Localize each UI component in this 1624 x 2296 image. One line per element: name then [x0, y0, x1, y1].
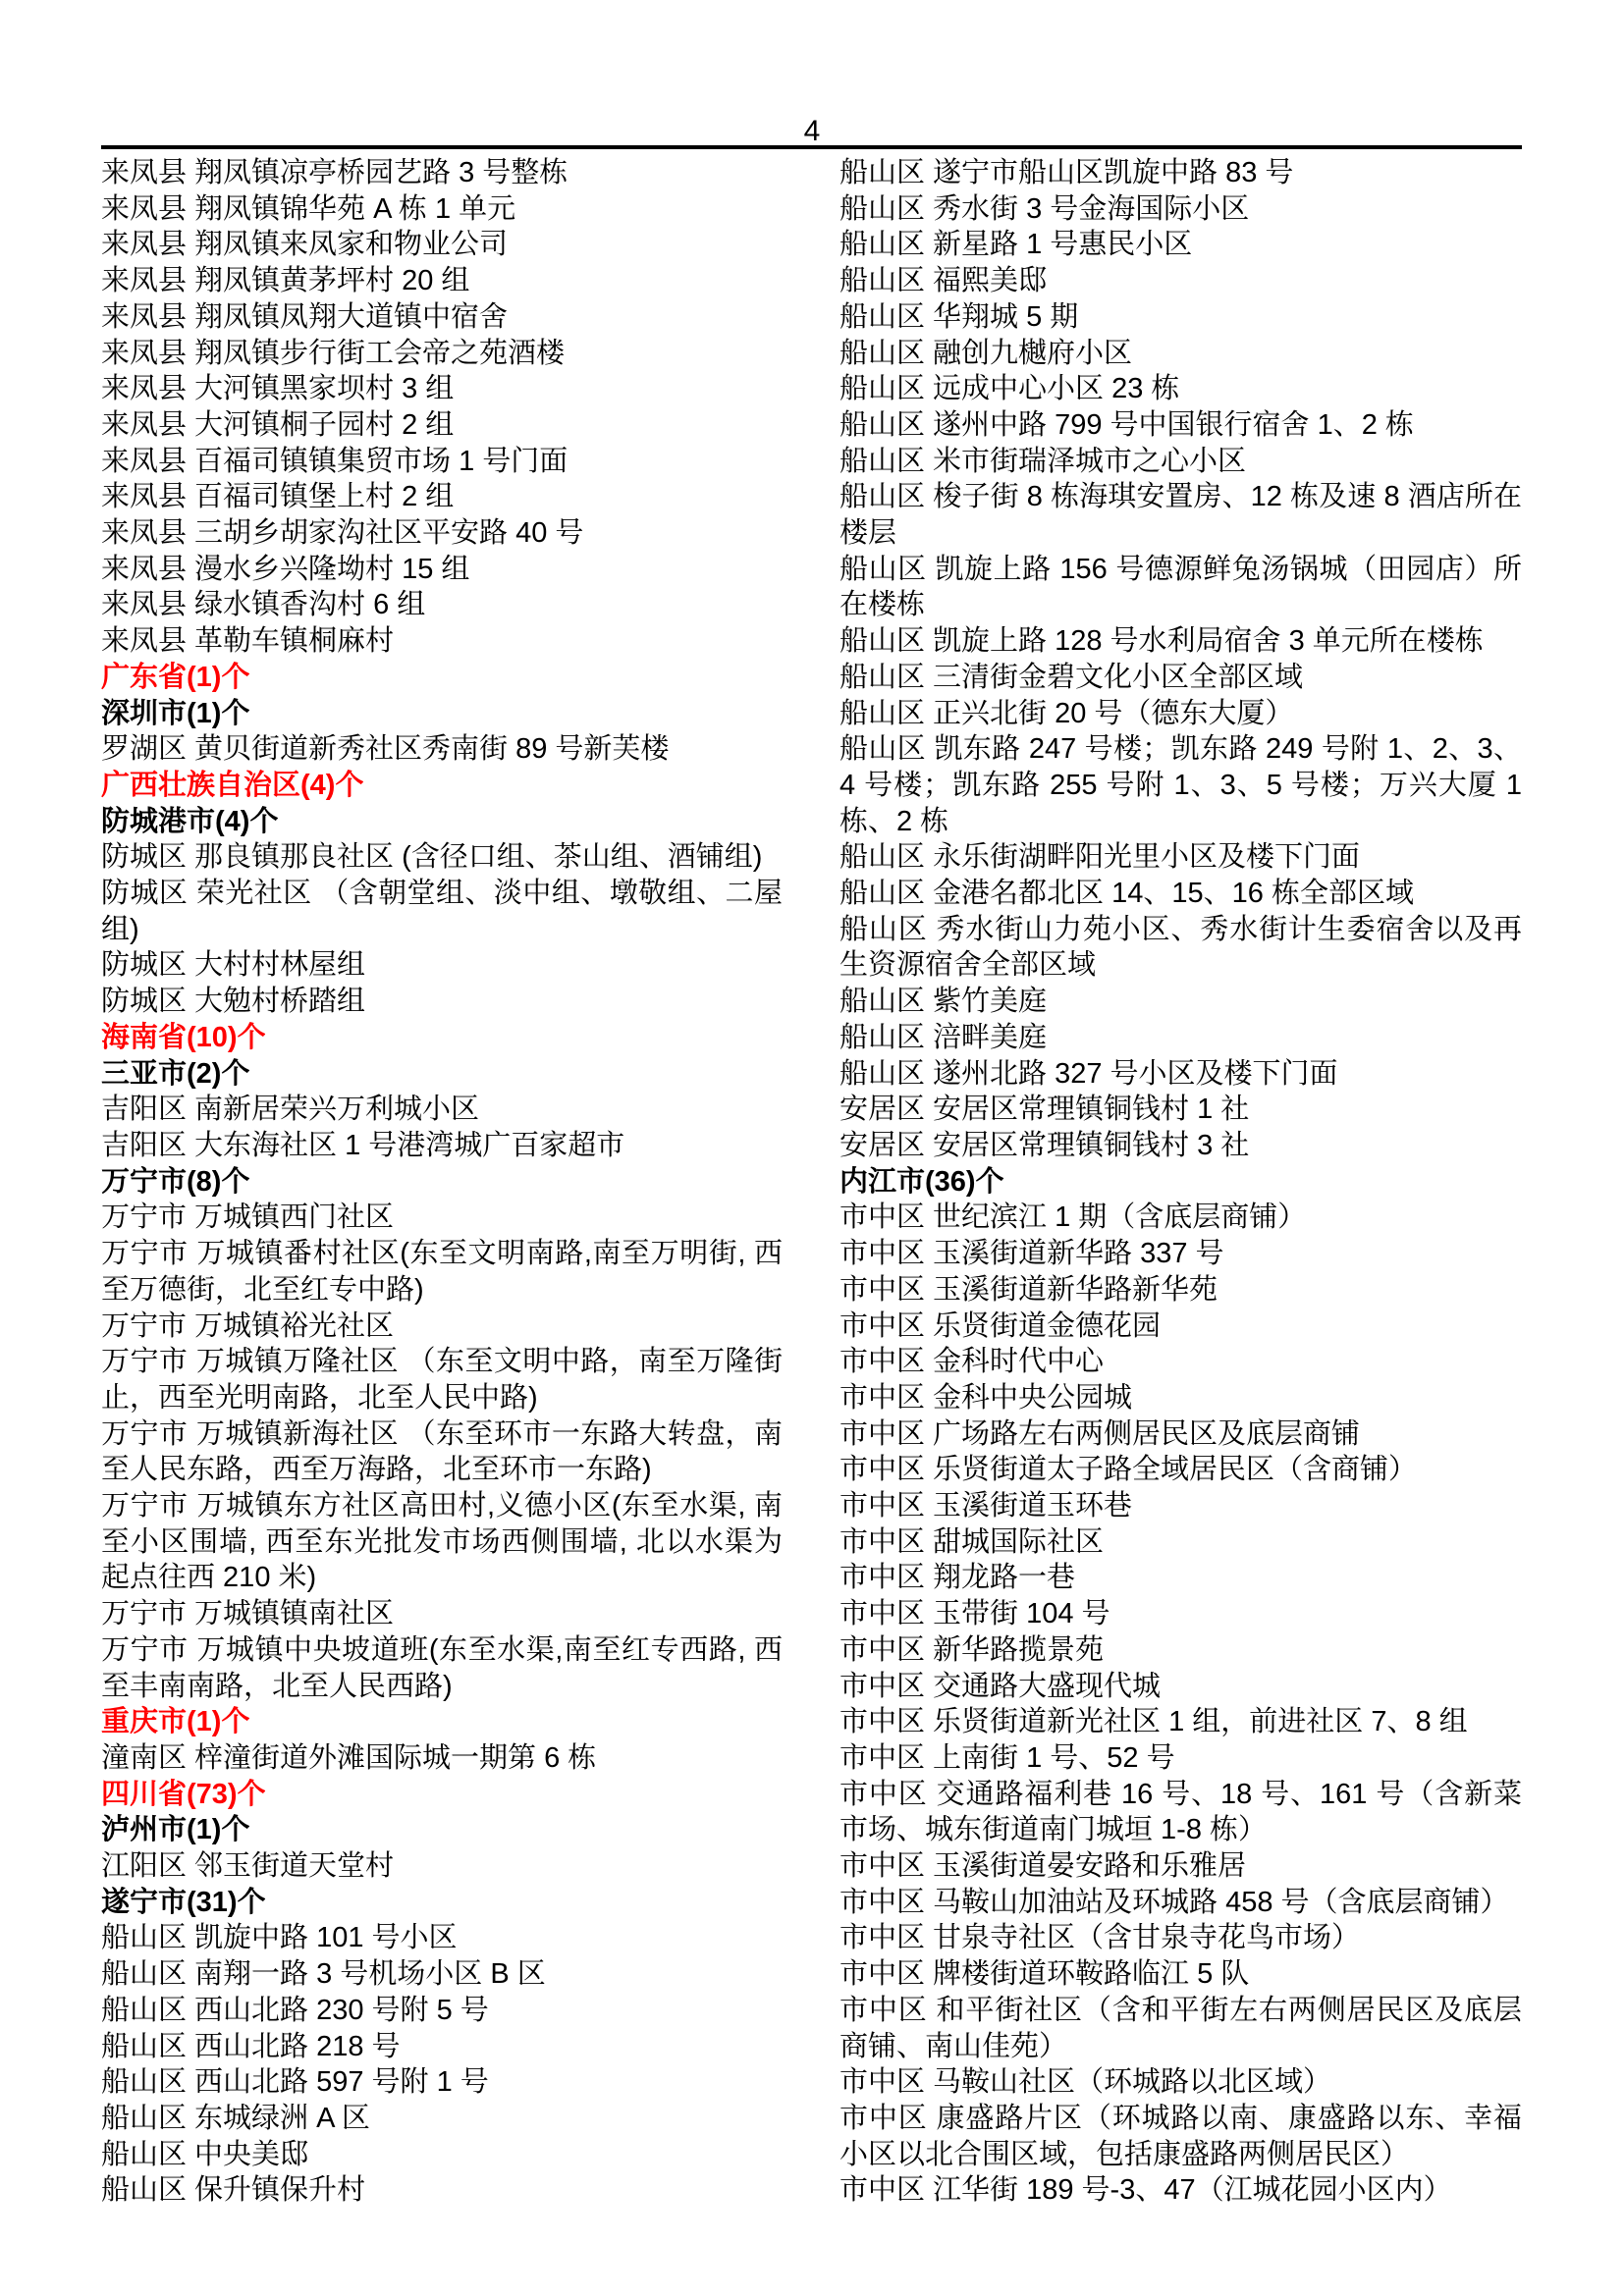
list-item: 来凤县 三胡乡胡家沟社区平安路 40 号	[101, 515, 783, 552]
list-item: 市中区 玉溪街道新华路 337 号	[839, 1236, 1522, 1272]
list-item: 船山区 凯旋中路 101 号小区	[101, 1920, 783, 1956]
list-item: 船山区 永乐街湖畔阳光里小区及楼下门面	[839, 839, 1522, 876]
province-header: 广东省(1)个	[101, 660, 783, 696]
list-item: 安居区 安居区常理镇铜钱村 1 社	[839, 1092, 1522, 1128]
list-item: 市中区 广场路左右两侧居民区及底层商铺	[839, 1416, 1522, 1453]
list-item: 万宁市 万城镇新海社区 （东至环市一东路大转盘，南至人民东路，西至万海路，北至环…	[101, 1416, 783, 1488]
list-item: 万宁市 万城镇西门社区	[101, 1200, 783, 1236]
list-item: 万宁市 万城镇中央坡道班(东至水渠,南至红专西路, 西至丰南南路，北至人民西路)	[101, 1632, 783, 1704]
list-item: 船山区 凯旋上路 156 号德源鲜兔汤锅城（田园店）所在楼栋	[839, 552, 1522, 623]
list-item: 万宁市 万城镇镇南社区	[101, 1596, 783, 1632]
list-item: 来凤县 翔凤镇锦华苑 A 栋 1 单元	[101, 191, 783, 228]
list-item: 船山区 南翔一路 3 号机场小区 B 区	[101, 1956, 783, 1993]
list-item: 船山区 福熙美邸	[839, 263, 1522, 299]
list-item: 江阳区 邻玉街道天堂村	[101, 1848, 783, 1885]
list-item: 万宁市 万城镇番村社区(东至文明南路,南至万明街, 西至万德街，北至红专中路)	[101, 1236, 783, 1308]
list-item: 市中区 江华街 189 号-3、47（江城花园小区内）	[839, 2172, 1522, 2209]
list-item: 市中区 乐贤街道金德花园	[839, 1308, 1522, 1345]
list-item: 船山区 新星路 1 号惠民小区	[839, 227, 1522, 263]
list-item: 来凤县 翔凤镇凤翔大道镇中宿舍	[101, 299, 783, 336]
list-item: 来凤县 百福司镇镇集贸市场 1 号门面	[101, 444, 783, 480]
list-item: 吉阳区 南新居荣兴万利城小区	[101, 1092, 783, 1128]
list-item: 罗湖区 黄贝街道新秀社区秀南街 89 号新芙楼	[101, 731, 783, 768]
column-left: 来凤县 翔凤镇凉亭桥园艺路 3 号整栋来凤县 翔凤镇锦华苑 A 栋 1 单元来凤…	[101, 155, 783, 2209]
list-item: 市中区 乐贤街道新光社区 1 组，前进社区 7、8 组	[839, 1704, 1522, 1740]
list-item: 来凤县 翔凤镇步行街工会帝之苑酒楼	[101, 336, 783, 372]
city-header: 遂宁市(31)个	[101, 1885, 783, 1921]
list-item: 船山区 米市街瑞泽城市之心小区	[839, 444, 1522, 480]
list-item: 船山区 金港名都北区 14、15、16 栋全部区域	[839, 876, 1522, 912]
list-item: 船山区 遂州中路 799 号中国银行宿舍 1、2 栋	[839, 407, 1522, 444]
list-item: 市中区 翔龙路一巷	[839, 1560, 1522, 1596]
list-item: 市中区 交通路大盛现代城	[839, 1669, 1522, 1705]
list-item: 万宁市 万城镇万隆社区 （东至文明中路，南至万隆街止，西至光明南路，北至人民中路…	[101, 1344, 783, 1415]
list-item: 来凤县 百福司镇堡上村 2 组	[101, 479, 783, 515]
list-item: 市中区 金科时代中心	[839, 1344, 1522, 1380]
list-item: 船山区 梭子街 8 栋海琪安置房、12 栋及速 8 酒店所在楼层	[839, 479, 1522, 551]
list-item: 市中区 金科中央公园城	[839, 1380, 1522, 1416]
list-item: 来凤县 大河镇桐子园村 2 组	[101, 407, 783, 444]
list-item: 吉阳区 大东海社区 1 号港湾城广百家超市	[101, 1128, 783, 1164]
province-header: 海南省(10)个	[101, 1020, 783, 1056]
list-item: 市中区 上南街 1 号、52 号	[839, 1740, 1522, 1777]
list-item: 船山区 涪畔美庭	[839, 1020, 1522, 1056]
list-item: 万宁市 万城镇裕光社区	[101, 1308, 783, 1345]
city-header: 深圳市(1)个	[101, 696, 783, 732]
list-item: 来凤县 翔凤镇凉亭桥园艺路 3 号整栋	[101, 155, 783, 191]
list-item: 船山区 华翔城 5 期	[839, 299, 1522, 336]
list-item: 船山区 西山北路 597 号附 1 号	[101, 2064, 783, 2101]
list-item: 船山区 西山北路 230 号附 5 号	[101, 1993, 783, 2029]
list-item: 船山区 凯旋上路 128 号水利局宿舍 3 单元所在楼栋	[839, 623, 1522, 660]
list-item: 船山区 遂宁市船山区凯旋中路 83 号	[839, 155, 1522, 191]
list-item: 市中区 玉溪街道晏安路和乐雅居	[839, 1848, 1522, 1885]
list-item: 市中区 乐贤街道太子路全域居民区（含商铺）	[839, 1452, 1522, 1488]
list-item: 船山区 远成中心小区 23 栋	[839, 371, 1522, 407]
list-item: 防城区 那良镇那良社区 (含径口组、茶山组、酒铺组)	[101, 839, 783, 876]
list-item: 市中区 马鞍山加油站及环城路 458 号（含底层商铺）	[839, 1885, 1522, 1921]
city-header: 万宁市(8)个	[101, 1164, 783, 1201]
two-column-content: 来凤县 翔凤镇凉亭桥园艺路 3 号整栋来凤县 翔凤镇锦华苑 A 栋 1 单元来凤…	[101, 155, 1522, 2209]
list-item: 市中区 和平街社区（含和平街左右两侧居民区及底层商铺、南山佳苑）	[839, 1993, 1522, 2064]
list-item: 船山区 秀水街山力苑小区、秀水街计生委宿舍以及再生资源宿舍全部区域	[839, 912, 1522, 984]
list-item: 船山区 保升镇保升村	[101, 2172, 783, 2209]
list-item: 潼南区 梓潼街道外滩国际城一期第 6 栋	[101, 1740, 783, 1777]
city-header: 内江市(36)个	[839, 1164, 1522, 1201]
list-item: 防城区 大村村林屋组	[101, 947, 783, 984]
list-item: 市中区 玉溪街道新华路新华苑	[839, 1272, 1522, 1308]
list-item: 市中区 甘泉寺社区（含甘泉寺花鸟市场）	[839, 1920, 1522, 1956]
list-item: 船山区 凯东路 247 号楼；凯东路 249 号附 1、2、3、4 号楼；凯东路…	[839, 731, 1522, 839]
list-item: 市中区 康盛路片区（环城路以南、康盛路以东、幸福小区以北合围区域，包括康盛路两侧…	[839, 2101, 1522, 2172]
list-item: 船山区 秀水街 3 号金海国际小区	[839, 191, 1522, 228]
city-header: 泸州市(1)个	[101, 1812, 783, 1848]
page-number: 4	[0, 116, 1624, 147]
list-item: 船山区 正兴北街 20 号（德东大厦）	[839, 696, 1522, 732]
header-rule	[101, 145, 1522, 149]
list-item: 市中区 世纪滨江 1 期（含底层商铺）	[839, 1200, 1522, 1236]
province-header: 广西壮族自治区(4)个	[101, 768, 783, 804]
list-item: 市中区 牌楼街道环鞍路临江 5 队	[839, 1956, 1522, 1993]
list-item: 来凤县 翔凤镇黄茅坪村 20 组	[101, 263, 783, 299]
list-item: 市中区 新华路揽景苑	[839, 1632, 1522, 1669]
document-page: 4 来凤县 翔凤镇凉亭桥园艺路 3 号整栋来凤县 翔凤镇锦华苑 A 栋 1 单元…	[0, 0, 1624, 2296]
list-item: 船山区 东城绿洲 A 区	[101, 2101, 783, 2137]
list-item: 船山区 中央美邸	[101, 2137, 783, 2173]
list-item: 船山区 融创九樾府小区	[839, 336, 1522, 372]
list-item: 防城区 荣光社区 （含朝堂组、淡中组、墩敬组、二屋组)	[101, 876, 783, 947]
list-item: 来凤县 绿水镇香沟村 6 组	[101, 587, 783, 623]
list-item: 来凤县 大河镇黑家坝村 3 组	[101, 371, 783, 407]
list-item: 来凤县 翔凤镇来凤家和物业公司	[101, 227, 783, 263]
province-header: 重庆市(1)个	[101, 1704, 783, 1740]
list-item: 来凤县 漫水乡兴隆坳村 15 组	[101, 552, 783, 588]
list-item: 万宁市 万城镇东方社区高田村,义德小区(东至水渠, 南至小区围墙, 西至东光批发…	[101, 1488, 783, 1596]
list-item: 船山区 三清街金碧文化小区全部区域	[839, 660, 1522, 696]
list-item: 安居区 安居区常理镇铜钱村 3 社	[839, 1128, 1522, 1164]
list-item: 船山区 西山北路 218 号	[101, 2029, 783, 2065]
list-item: 市中区 玉带街 104 号	[839, 1596, 1522, 1632]
column-right: 船山区 遂宁市船山区凯旋中路 83 号船山区 秀水街 3 号金海国际小区船山区 …	[839, 155, 1522, 2209]
list-item: 船山区 遂州北路 327 号小区及楼下门面	[839, 1056, 1522, 1093]
city-header: 三亚市(2)个	[101, 1056, 783, 1093]
list-item: 市中区 马鞍山社区（环城路以北区域）	[839, 2064, 1522, 2101]
list-item: 市中区 交通路福利巷 16 号、18 号、161 号（含新菜市场、城东街道南门城…	[839, 1777, 1522, 1848]
list-item: 来凤县 革勒车镇桐麻村	[101, 623, 783, 660]
province-header: 四川省(73)个	[101, 1777, 783, 1813]
list-item: 市中区 甜城国际社区	[839, 1524, 1522, 1561]
list-item: 防城区 大勉村桥踏组	[101, 984, 783, 1020]
list-item: 市中区 玉溪街道玉环巷	[839, 1488, 1522, 1524]
city-header: 防城港市(4)个	[101, 804, 783, 840]
list-item: 船山区 紫竹美庭	[839, 984, 1522, 1020]
